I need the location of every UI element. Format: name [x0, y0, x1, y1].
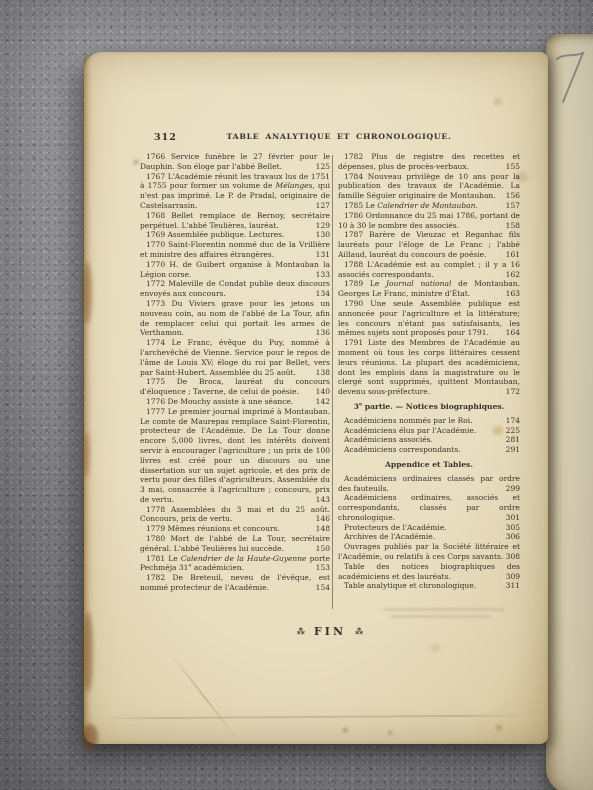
page-ref: 153 [316, 563, 330, 573]
page-ref: 134 [316, 289, 330, 299]
page-ref: 136 [316, 328, 330, 338]
worn-page-edge [84, 52, 93, 744]
show-through-text [384, 608, 504, 611]
page-ref: 157 [506, 201, 520, 211]
foxing-spot [494, 98, 502, 105]
toc-entry: 1779 Mêmes réunions et concours. 148 [140, 524, 330, 534]
toc-entry: 1778 Assemblées du 3 mai et du 25 août. … [140, 505, 330, 525]
toc-entry: 1775 De Broca, lauréat du concours d'élo… [140, 377, 330, 397]
toc-entry: Académiciens ordinaires, associés et cor… [338, 493, 520, 522]
foxing-spot [134, 160, 138, 164]
toc-entry: 1787 Barère de Vieuzac et Reganhac fils … [338, 230, 520, 259]
page-ref: 125 [316, 162, 330, 172]
left-column: 1766 Service funèbre le 27 février pour … [140, 152, 330, 593]
toc-entry: 1784 Nouveau privilège de 10 ans pour la… [338, 172, 520, 201]
toc-entry: 1789 Le Journal national de Montauban. G… [338, 279, 520, 299]
toc-entry: 1788 L'Académie est au complet ; il y a … [338, 260, 520, 280]
toc-entry: 1776 De Mouchy assiste à une séance. 142 [140, 397, 330, 407]
page-ref: 138 [316, 368, 330, 378]
page-ref: 129 [316, 221, 330, 231]
paper-crease [168, 651, 239, 740]
page-ref: 281 [506, 435, 520, 445]
page-ref: 309 [506, 572, 520, 582]
page-ref: 154 [316, 583, 330, 593]
fin-ornament-left: ⁂ [297, 626, 305, 636]
foxing-spot [343, 728, 348, 732]
page-ref: 161 [506, 250, 520, 260]
column-divider-rule [332, 155, 333, 609]
page-ref: 130 [316, 230, 330, 240]
page-ref: 143 [316, 495, 330, 505]
toc-entry: 1781 Le Calendrier de la Haute-Guyenne p… [140, 554, 330, 574]
toc-entry: 1777 Le premier journal imprimé à Montau… [140, 407, 330, 505]
toc-entry: Protecteurs de l'Académie. 305 [338, 523, 520, 533]
foxing-spot [496, 725, 502, 730]
toc-entry: 1782 Plus de registre des recettes et dé… [338, 152, 520, 172]
toc-entry: 1770 H. de Guibert organise à Montauban … [140, 260, 330, 280]
fin-colophon: ⁂FIN⁂ [140, 620, 520, 639]
page-ref: 291 [506, 445, 520, 455]
page-ref: 308 [506, 552, 520, 562]
page-ref: 225 [506, 426, 520, 436]
toc-entry: Académiciens ordinaires classés par ordr… [338, 474, 520, 494]
page-ref: 156 [506, 191, 520, 201]
toc-entry: 1785 Le Calendrier de Montauban. 157 [338, 201, 520, 211]
toc-entry: 1773 Du Viviers grave pour les jetons un… [140, 299, 330, 338]
toc-entry: 1767 L'Académie réunit les travaux lus d… [140, 172, 330, 211]
right-column: 1782 Plus de registre des recettes et dé… [338, 152, 520, 591]
show-through-text [390, 615, 490, 618]
toc-entry: 1780 Mort de l'abbé de La Tour, secrétai… [140, 534, 330, 554]
toc-entry: Académiciens élus par l'Académie. 225 [338, 426, 520, 436]
page-ref: 306 [506, 532, 520, 542]
toc-entry: 1768 Bellet remplace de Bernoy, secrétai… [140, 211, 330, 231]
page-number: 312 [154, 132, 177, 143]
toc-entry: Table des notices biographiques des acad… [338, 562, 520, 582]
page-stack-edge-line [98, 714, 530, 719]
pencil-mark-7 [554, 50, 590, 108]
page-ref: 131 [316, 250, 330, 260]
foxing-spot [388, 731, 392, 735]
underlying-page-edge [546, 34, 593, 790]
toc-entry: 1782 De Breteuil, neveu de l'évêque, est… [140, 573, 330, 593]
page-ref: 172 [506, 387, 520, 397]
page-ref: 305 [506, 523, 520, 533]
page-ref: 155 [506, 162, 520, 172]
toc-entry: 1770 Saint-Florentin nommé duc de la Vri… [140, 240, 330, 260]
foxing-spot [431, 644, 440, 652]
toc-entry: Archives de l'Académie. 306 [338, 532, 520, 542]
book-page: 312 TABLE ANALYTIQUE ET CHRONOLOGIQUE. 1… [84, 52, 548, 744]
page-ref: 162 [506, 270, 520, 280]
toc-entry: 1766 Service funèbre le 27 février pour … [140, 152, 330, 172]
toc-entry: 1786 Ordonnance du 25 mai 1786, portant … [338, 211, 520, 231]
page-ref: 164 [506, 328, 520, 338]
page-ref: 163 [506, 289, 520, 299]
page-ref: 174 [506, 416, 520, 426]
toc-entry: 1791 Liste des Membres de l'Académie au … [338, 338, 520, 397]
toc-entry: 1769 Assemblée publique. Lectures. 130 [140, 230, 330, 240]
page-ref: 146 [316, 514, 330, 524]
page-ref: 133 [316, 270, 330, 280]
fin-ornament-right: ⁂ [355, 626, 363, 636]
page-ref: 301 [506, 513, 520, 523]
toc-entry: 1774 Le Franc, évêque du Puy, nommé à l'… [140, 338, 330, 377]
page-ref: 142 [316, 397, 330, 407]
page-ref: 311 [506, 581, 520, 591]
page-ref: 148 [316, 524, 330, 534]
page-header: 312 TABLE ANALYTIQUE ET CHRONOLOGIQUE. [124, 132, 520, 146]
running-title: TABLE ANALYTIQUE ET CHRONOLOGIQUE. [124, 132, 520, 141]
toc-entry: 1772 Maleville de Condat publie deux dis… [140, 279, 330, 299]
page-ref: 158 [506, 221, 520, 231]
toc-entry: 1790 Une seule Assemblée publique est an… [338, 299, 520, 338]
fin-label: FIN [314, 625, 346, 638]
page-ref: 150 [316, 544, 330, 554]
page-ref: 140 [316, 387, 330, 397]
toc-entry: Académiciens associés. 281 [338, 435, 520, 445]
page-ref: 127 [316, 201, 330, 211]
toc-entry: Ouvrages publiés par la Société littérai… [338, 542, 520, 562]
toc-entry: Académiciens nommés par le Roi. 174 [338, 416, 520, 426]
toc-entry: Académiciens correspondants. 291 [338, 445, 520, 455]
section-heading: Appendice et Tables. [338, 460, 520, 470]
section-heading: 3e partie. — Notices biographiques. [338, 402, 520, 412]
toc-entry: Table analytique et chronologique. 311 [338, 581, 520, 591]
page-ref: 299 [506, 484, 520, 494]
